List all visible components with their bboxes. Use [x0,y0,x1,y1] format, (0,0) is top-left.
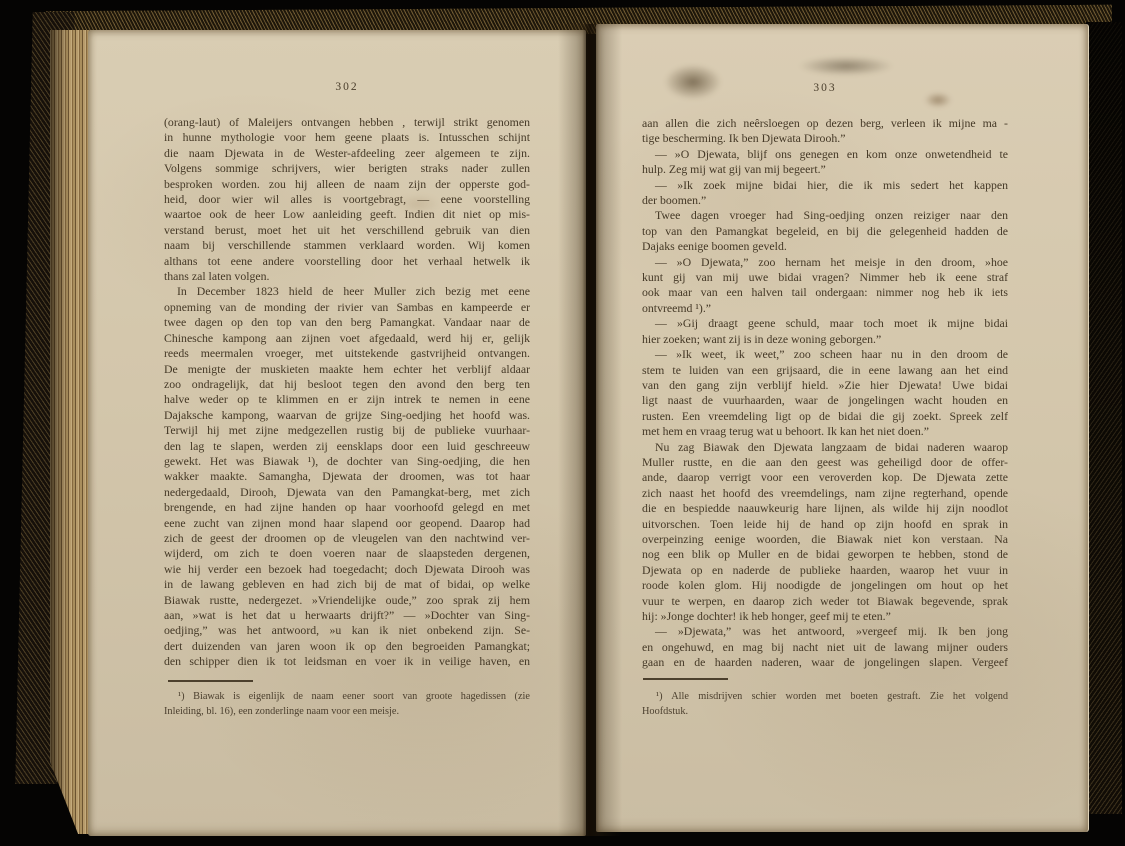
text-line: ligt naast de vuurhaarden, waar de jonge… [642,393,1008,408]
text-line: verstand berust, moet het uit het versch… [164,223,530,238]
text-line: — »Gij draagt geene schuld, maar toch mo… [642,316,1008,331]
text-line: die naam Djewata in de Wester-afdeeling … [164,146,530,161]
text-line: wakker maakte. Samangha, Djewata der dro… [164,469,530,484]
text-line: zich de geest der droomen op de vleugele… [164,531,530,546]
text-line: der boomen.” [642,193,1008,208]
text-line: reeds meermalen vroeger, met uitstekende… [164,346,530,361]
text-line: hier zoeken; want zij is in deze woning … [642,332,1008,347]
footnote-line: Inleiding, bl. 16), een zonderlinge naam… [164,706,530,721]
text-line: Twee dagen vroeger had Sing-oedjing onze… [642,208,1008,223]
text-line: — »Ik zoek mijne bidai hier, die ik mis … [642,178,1008,193]
text-line: hulp. Zeg mij wat gij van mij begeert.” [642,162,1008,177]
text-line: ontvreemd ¹).” [642,301,1008,316]
text-line: brengende, en had zijne handen op haar v… [164,500,530,515]
text-line: in hunne mythologie voor hem geene plaat… [164,130,530,145]
page-body-left: (orang-laut) of Maleijers ontvangen hebb… [164,115,530,671]
text-line: van den gang zijn verblijf hield. »Zie h… [642,378,1008,393]
footnote-separator-left [168,680,253,682]
text-line: naam bij verschillende stammen verklaard… [164,238,530,253]
footnote-separator-right [643,678,728,680]
text-line: zoo ondragelijk, dat hij besloot tegen d… [164,377,530,392]
footnote-line: Hoofdstuk. [642,706,1008,721]
text-line: top van den Pamangkat begeleid, en bij d… [642,224,1008,239]
text-line: hij: »Jonge dochter! ik heb honger, geef… [642,609,1008,624]
text-line: In December 1823 hield de heer Muller zi… [164,284,530,299]
text-line: Chinesche kampong aan zijnen voet afgeda… [164,331,530,346]
text-line: Nu zag Biawak den Djewata langzaam de bi… [642,440,1008,455]
text-line: halve weder op te klimmen en er zijn int… [164,392,530,407]
text-line: Terwijl hij met zijne medgezellen rustig… [164,423,530,438]
footnote-left: ¹) Biawak is eigenlijk de naam eener soo… [164,691,530,721]
text-line: dert duizenden van jaren woon ik op den … [164,639,530,654]
page-number-right: 303 [642,82,1008,94]
text-line: zich naast het hoofd des vreemdelings, n… [642,486,1008,501]
text-line: twee dagen op den top van den berg Paman… [164,315,530,330]
text-line: — »Djewata,” was het antwoord, »vergeef … [642,624,1008,639]
text-line: heid, door wier wil alles is voortgebrag… [164,192,530,207]
text-line: althans tot eene andere voorstelling doo… [164,254,530,269]
text-line: roode kolen glom. Hij noodigde de jongel… [642,578,1008,593]
page-number-left: 302 [164,81,530,93]
text-line: Volgens sommige schrijvers, wier berigte… [164,161,530,176]
text-line: nog een blik op Muller en de bidai gewor… [642,547,1008,562]
text-line: in de lawang gebleven en had zich bij de… [164,577,530,592]
text-line: en ongehuwd, en mag bij nacht niet uit d… [642,640,1008,655]
text-line: Biawak rustte, nedergezet. »Vriendelijke… [164,593,530,608]
text-line: met hem en vraag terug wat u behoort. Ik… [642,424,1008,439]
text-line: stem te luiden van een grijsaard, die in… [642,363,1008,378]
text-line: Dajaksche kampong, waarvan de grijze Sin… [164,408,530,423]
text-line: rusten. Een vreemdeling ligt op de bidai… [642,409,1008,424]
text-line: wie hij verder een bezoek had toegedacht… [164,562,530,577]
text-line: gaan en de haarden naderen, waar de jong… [642,655,1008,670]
text-line: Djewata op en naderde de publieke haarde… [642,563,1008,578]
text-line: eene zucht van zijnen mond haar slapend … [164,516,530,531]
text-line: gewekt. Het was Biawak ¹), de dochter va… [164,454,530,469]
text-line: thans zal laten volgen. [164,269,530,284]
text-line: den lag te slapen, werden zij eensklaps … [164,439,530,454]
text-line: oedjing,” was het antwoord, »u kan ik ni… [164,623,530,638]
text-line: vuur te werpen, en daarop zich weder tot… [642,594,1008,609]
footnote-line: ¹) Biawak is eigenlijk de naam eener soo… [164,691,530,706]
text-line: die en bespiedde naauwkeurig hare lijnen… [642,501,1008,516]
text-line: waartoe ook de heer Low aanleiding geeft… [164,207,530,222]
text-line: opneming van de monding der rivier van S… [164,300,530,315]
open-book-photo: 302 (orang-laut) of Maleijers ontvangen … [0,0,1125,846]
text-line: aan, »wat is het dat u herwaarts drijft?… [164,608,530,623]
text-line: kunt gij van mij uwe bidai vragen? Nimme… [642,270,1008,285]
text-line: Muller rustte, en die aan den geest was … [642,455,1008,470]
text-line: ook maar van een halven tail ondergaan: … [642,285,1008,300]
book-page-right: 303 aan allen die zich neêrsloegen op de… [596,24,1089,832]
text-line: uitvorschen. Toen leide hij de hand op z… [642,517,1008,532]
book-cover-right-edge [1086,22,1122,814]
text-line: den schipper dien ik tot leidsman en voe… [164,654,530,669]
text-line: — »O Djewata,” zoo hernam het meisje in … [642,255,1008,270]
text-line: — »O Djewata, blijf ons genegen en kom o… [642,147,1008,162]
text-line: De menigte der muskieten maakte hem echt… [164,362,530,377]
book-page-left: 302 (orang-laut) of Maleijers ontvangen … [88,30,586,836]
text-line: wijderd, om zich te doen voeren naar de … [164,546,530,561]
text-line: tige bescherming. Ik ben Djewata Dirooh.… [642,131,1008,146]
text-line: ande, daarop verrigt voor een veroverden… [642,470,1008,485]
text-line: Dajaks eenige boomen geveld. [642,239,1008,254]
text-line: — »Ik weet, ik weet,” zoo scheen haar nu… [642,347,1008,362]
page-body-right: aan allen die zich neêrsloegen op dezen … [642,116,1008,672]
footnote-right: ¹) Alle misdrijven schier worden met boe… [642,691,1008,721]
text-line: overpeinzing eenige woorden, die Biawak … [642,532,1008,547]
text-line: besproken worden. zou hij alleen de naam… [164,177,530,192]
text-line: (orang-laut) of Maleijers ontvangen hebb… [164,115,530,130]
text-line: nedergedaald, Dirooh, Djewata van den Pa… [164,485,530,500]
footnote-line: ¹) Alle misdrijven schier worden met boe… [642,691,1008,706]
text-line: aan allen die zich neêrsloegen op dezen … [642,116,1008,131]
